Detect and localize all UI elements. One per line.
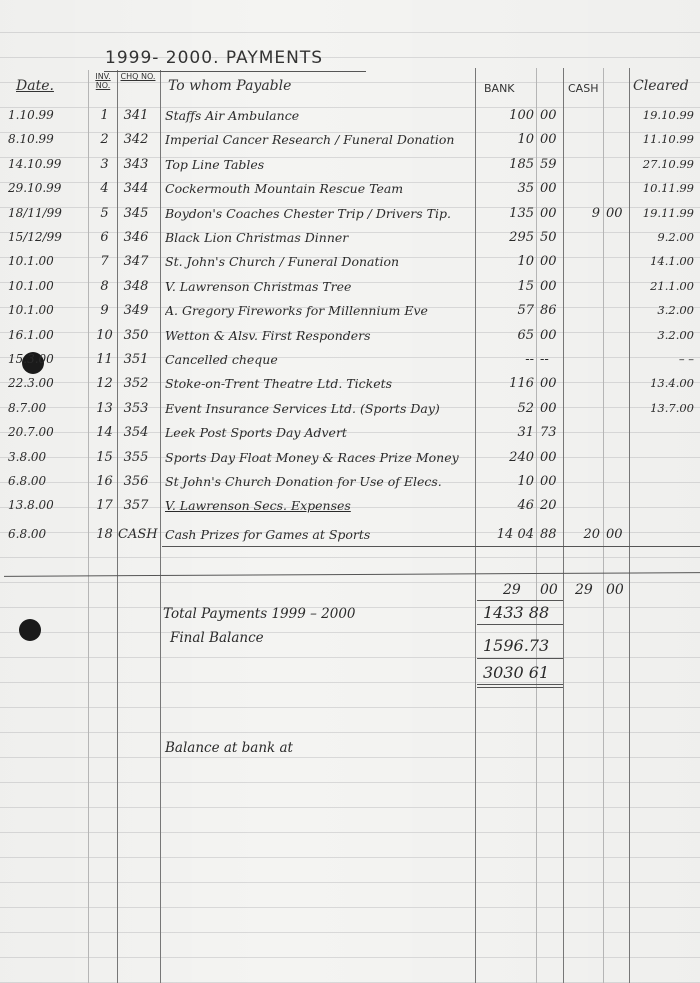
row-date: 13.8.00 <box>8 498 98 512</box>
row-cleared: 10.11.99 <box>632 181 694 195</box>
row-cleared: 21.1.00 <box>632 279 694 293</box>
row-date: 8.7.00 <box>8 401 98 415</box>
header-payee: To whom Payable <box>168 78 291 94</box>
row-chq-no: 357 <box>118 498 154 513</box>
row-bank-pounds: 240 <box>478 450 534 465</box>
row-payee: Cockermouth Mountain Rescue Team <box>165 181 475 196</box>
row-payee: V. Lawrenson Christmas Tree <box>165 279 475 294</box>
row-bank-pounds: 35 <box>478 181 534 196</box>
table-row: 20.7.0014354Leek Post Sports Day Advert3… <box>0 425 700 449</box>
sum-underline <box>477 658 563 659</box>
sum-underline <box>477 600 563 601</box>
row-chq-no: 342 <box>118 132 154 147</box>
row-date: 1.10.99 <box>8 108 98 122</box>
row-chq-no: 347 <box>118 254 154 269</box>
row-bank-pounds: 57 <box>478 303 534 318</box>
row-bank-pence: 00 <box>540 181 562 196</box>
row-inv-no: 4 <box>92 181 117 196</box>
table-row: 8.7.0013353Event Insurance Services Ltd.… <box>0 401 700 425</box>
row-cash-pence: 00 <box>606 527 628 542</box>
row-date: 8.10.99 <box>8 132 98 146</box>
row-chq-no: 341 <box>118 108 154 123</box>
row-bank-pounds: 10 <box>478 132 534 147</box>
row-cleared: 11.10.99 <box>632 132 694 146</box>
header-chq-no: CHQ NO. <box>119 72 157 81</box>
row-date: 16.1.00 <box>8 328 98 342</box>
row-chq-no: 351 <box>118 352 154 367</box>
total-payments-value: 1433 88 <box>483 603 549 622</box>
row-bank-pence: 00 <box>540 450 562 465</box>
row-payee: Stoke-on-Trent Theatre Ltd. Tickets <box>165 376 475 391</box>
row-chq-no: CASH <box>118 527 154 542</box>
row-chq-no: 355 <box>118 450 154 465</box>
row-date: 10.1.00 <box>8 303 98 317</box>
row-bank-pence: 73 <box>540 425 562 440</box>
row-inv-no: 12 <box>92 376 117 391</box>
row-bank-pence: 50 <box>540 230 562 245</box>
row-inv-no: 14 <box>92 425 117 440</box>
row-bank-pence: 59 <box>540 157 562 172</box>
row-date: 18/11/99 <box>8 206 98 220</box>
row-payee: Wetton & Alsv. First Responders <box>165 328 475 343</box>
row-bank-pence: 00 <box>540 474 562 489</box>
row-inv-no: 18 <box>92 527 117 542</box>
row-date: 14.10.99 <box>8 157 98 171</box>
subtotal-cash-pence: 00 <box>606 582 624 598</box>
row-cash-pounds: 20 <box>566 527 600 542</box>
row-date: 20.7.00 <box>8 425 98 439</box>
row-divider <box>162 546 700 547</box>
row-payee: Staffs Air Ambulance <box>165 108 475 123</box>
row-bank-pence: 88 <box>540 527 562 542</box>
row-cleared: 3.2.00 <box>632 303 694 317</box>
table-row: 13.8.0017357V. Lawrenson Secs. Expenses4… <box>0 498 700 522</box>
row-payee: Imperial Cancer Research / Funeral Donat… <box>165 132 475 147</box>
final-balance-label: Final Balance <box>170 630 264 646</box>
row-cleared: 19.10.99 <box>632 108 694 122</box>
row-payee: V. Lawrenson Secs. Expenses <box>165 498 475 513</box>
punch-hole-icon <box>19 619 41 641</box>
row-chq-no: 348 <box>118 279 154 294</box>
row-payee: Sports Day Float Money & Races Prize Mon… <box>165 450 475 465</box>
double-underline <box>477 687 563 688</box>
row-cash-pence: 00 <box>606 206 628 221</box>
row-chq-no: 344 <box>118 181 154 196</box>
row-bank-pence: 00 <box>540 108 562 123</box>
row-bank-pounds: 65 <box>478 328 534 343</box>
table-row: 18/11/995345Boydon's Coaches Chester Tri… <box>0 206 700 230</box>
row-inv-no: 10 <box>92 328 117 343</box>
row-bank-pounds: 31 <box>478 425 534 440</box>
row-inv-no: 11 <box>92 352 117 367</box>
row-payee: Top Line Tables <box>165 157 475 172</box>
row-payee: Boydon's Coaches Chester Trip / Drivers … <box>165 206 475 221</box>
row-cleared: – – <box>632 352 694 366</box>
table-row: 8.10.992342Imperial Cancer Research / Fu… <box>0 132 700 156</box>
row-bank-pence: 00 <box>540 376 562 391</box>
table-row: 10.1.009349A. Gregory Fireworks for Mill… <box>0 303 700 327</box>
row-payee: Black Lion Christmas Dinner <box>165 230 475 245</box>
row-bank-pounds: 15 <box>478 279 534 294</box>
row-date: 22.3.00 <box>8 376 98 390</box>
row-inv-no: 3 <box>92 157 117 172</box>
row-inv-no: 1 <box>92 108 117 123</box>
row-cleared: 19.11.99 <box>632 206 694 220</box>
row-inv-no: 17 <box>92 498 117 513</box>
row-cleared: 27.10.99 <box>632 157 694 171</box>
row-bank-pence: 00 <box>540 132 562 147</box>
table-row: 6.8.0016356St John's Church Donation for… <box>0 474 700 498</box>
row-chq-no: 354 <box>118 425 154 440</box>
total-divider <box>4 572 700 577</box>
row-inv-no: 13 <box>92 401 117 416</box>
row-inv-no: 9 <box>92 303 117 318</box>
table-row: 22.3.0012352Stoke-on-Trent Theatre Ltd. … <box>0 376 700 400</box>
row-date: 15/12/99 <box>8 230 98 244</box>
row-chq-no: 352 <box>118 376 154 391</box>
table-row: 1.10.991341Staffs Air Ambulance1000019.1… <box>0 108 700 132</box>
row-inv-no: 6 <box>92 230 117 245</box>
row-bank-pounds: 10 <box>478 254 534 269</box>
table-row: 14.10.993343Top Line Tables1855927.10.99 <box>0 157 700 181</box>
subtotal-bank-pence: 00 <box>540 582 558 598</box>
row-bank-pounds: 14 04 <box>478 527 534 542</box>
table-row: 15.3.0011351Cancelled cheque----– – <box>0 352 700 376</box>
header-bank: BANK <box>484 82 515 95</box>
double-underline <box>477 684 563 685</box>
row-bank-pounds: 46 <box>478 498 534 513</box>
row-cleared: 3.2.00 <box>632 328 694 342</box>
row-bank-pounds: 100 <box>478 108 534 123</box>
row-inv-no: 2 <box>92 132 117 147</box>
row-chq-no: 346 <box>118 230 154 245</box>
row-payee: A. Gregory Fireworks for Millennium Eve <box>165 303 475 318</box>
row-inv-no: 5 <box>92 206 117 221</box>
header-date: Date. <box>16 78 54 94</box>
row-inv-no: 8 <box>92 279 117 294</box>
row-bank-pounds: 295 <box>478 230 534 245</box>
row-chq-no: 349 <box>118 303 154 318</box>
row-chq-no: 343 <box>118 157 154 172</box>
row-payee: Cancelled cheque <box>165 352 475 367</box>
row-chq-no: 345 <box>118 206 154 221</box>
row-inv-no: 15 <box>92 450 117 465</box>
page-title: 1999- 2000. PAYMENTS <box>105 48 323 68</box>
row-bank-pence: 20 <box>540 498 562 513</box>
row-chq-no: 350 <box>118 328 154 343</box>
header-inv-no: INV. NO. <box>90 72 116 90</box>
row-inv-no: 7 <box>92 254 117 269</box>
header-cleared: Cleared <box>633 78 689 94</box>
row-bank-pounds: 185 <box>478 157 534 172</box>
row-date: 6.8.00 <box>8 474 98 488</box>
row-bank-pence: 00 <box>540 401 562 416</box>
row-bank-pence: -- <box>540 352 562 367</box>
subtotal-cash-pounds: 29 <box>575 582 593 598</box>
header-cash: CASH <box>568 82 598 95</box>
table-row: 3.8.0015355Sports Day Float Money & Race… <box>0 450 700 474</box>
row-bank-pence: 00 <box>540 279 562 294</box>
row-bank-pence: 86 <box>540 303 562 318</box>
row-cleared: 14.1.00 <box>632 254 694 268</box>
balance-at-bank-label: Balance at bank at <box>165 740 293 756</box>
row-date: 6.8.00 <box>8 527 98 541</box>
row-date: 29.10.99 <box>8 181 98 195</box>
row-inv-no: 16 <box>92 474 117 489</box>
row-payee: St. John's Church / Funeral Donation <box>165 254 475 269</box>
row-date: 10.1.00 <box>8 279 98 293</box>
row-cleared: 13.4.00 <box>632 376 694 390</box>
row-cash-pounds: 9 <box>566 206 600 221</box>
row-bank-pounds: 116 <box>478 376 534 391</box>
row-bank-pence: 00 <box>540 254 562 269</box>
row-cleared: 13.7.00 <box>632 401 694 415</box>
row-bank-pence: 00 <box>540 206 562 221</box>
row-bank-pounds: 10 <box>478 474 534 489</box>
table-row: 29.10.994344Cockermouth Mountain Rescue … <box>0 181 700 205</box>
total-payments-label: Total Payments 1999 – 2000 <box>163 606 356 622</box>
row-date: 10.1.00 <box>8 254 98 268</box>
table-row: 10.1.007347St. John's Church / Funeral D… <box>0 254 700 278</box>
row-bank-pounds: -- <box>478 352 534 367</box>
row-bank-pounds: 52 <box>478 401 534 416</box>
sum-underline <box>477 624 563 625</box>
ledger-page: 1999- 2000. PAYMENTS Date. INV. NO. CHQ … <box>0 0 700 983</box>
row-chq-no: 353 <box>118 401 154 416</box>
row-date: 15.3.00 <box>8 352 98 366</box>
grand-total-value: 3030 61 <box>483 663 549 682</box>
table-row: 10.1.008348V. Lawrenson Christmas Tree15… <box>0 279 700 303</box>
final-balance-value: 1596.73 <box>483 636 549 655</box>
row-payee: Leek Post Sports Day Advert <box>165 425 475 440</box>
row-bank-pence: 00 <box>540 328 562 343</box>
table-row: 6.8.0018CASHCash Prizes for Games at Spo… <box>0 527 700 551</box>
subtotal-bank-pounds: 29 <box>503 582 521 598</box>
row-date: 3.8.00 <box>8 450 98 464</box>
table-row: 16.1.0010350Wetton & Alsv. First Respond… <box>0 328 700 352</box>
table-row: 15/12/996346Black Lion Christmas Dinner2… <box>0 230 700 254</box>
row-payee: St John's Church Donation for Use of Ele… <box>165 474 475 489</box>
row-bank-pounds: 135 <box>478 206 534 221</box>
row-cleared: 9.2.00 <box>632 230 694 244</box>
row-payee: Cash Prizes for Games at Sports <box>165 527 475 542</box>
row-payee: Event Insurance Services Ltd. (Sports Da… <box>165 401 475 416</box>
row-chq-no: 356 <box>118 474 154 489</box>
